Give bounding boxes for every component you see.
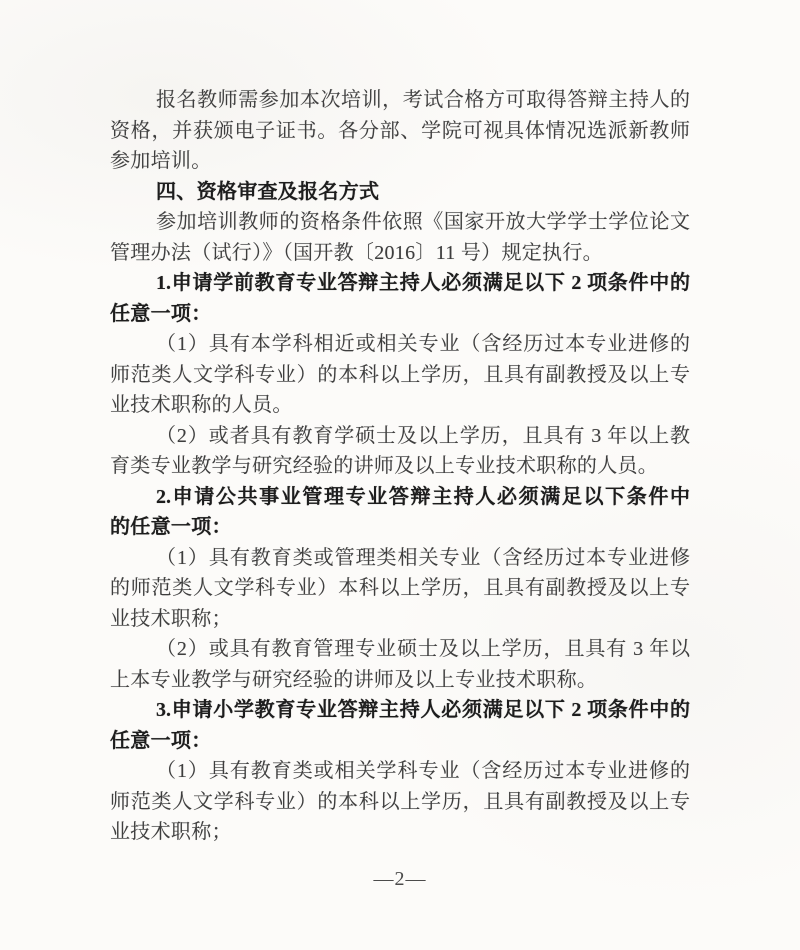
section-heading: 3.申请小学教育专业答辩主持人必须满足以下 2 项条件中的 任意一项： [110,695,690,756]
heading-line: 四、资格审查及报名方式 [110,177,690,208]
body-line: 业技术职称； [110,604,690,635]
body-line: （2）或具有教育管理专业硕士及以上学历，且具有 3 年以 [110,634,690,665]
body-line: 报名教师需参加本次培训，考试合格方可取得答辩主持人的 [110,85,690,116]
paragraph: （2）或具有教育管理专业硕士及以上学历，且具有 3 年以 上本专业教学与研究经验… [110,634,690,695]
paragraph: （1）具有本学科相近或相关专业（含经历过本专业进修的 师范类人文学科专业）的本科… [110,329,690,421]
paragraph: （1）具有教育类或相关学科专业（含经历过本专业进修的 师范类人文学科专业）的本科… [110,756,690,848]
body-line: 管理办法（试行）》（国开教〔2016〕11 号）规定执行。 [110,238,690,269]
body-line: 资格，并获颁电子证书。各分部、学院可视具体情况选派新教师 [110,116,690,147]
section-heading: 2.申请公共事业管理专业答辩主持人必须满足以下条件中 的任意一项： [110,482,690,543]
paragraph: 报名教师需参加本次培训，考试合格方可取得答辩主持人的 资格，并获颁电子证书。各分… [110,85,690,177]
document-page: 报名教师需参加本次培训，考试合格方可取得答辩主持人的 资格，并获颁电子证书。各分… [0,0,800,950]
paragraph: （2）或者具有教育学硕士及以上学历，且具有 3 年以上教 育类专业教学与研究经验… [110,421,690,482]
section-heading: 1.申请学前教育专业答辩主持人必须满足以下 2 项条件中的 任意一项： [110,268,690,329]
section-heading: 四、资格审查及报名方式 [110,177,690,208]
body-line: 业技术职称的人员。 [110,390,690,421]
body-line: （1）具有教育类或管理类相关专业（含经历过本专业进修 [110,543,690,574]
document-text-block: 报名教师需参加本次培训，考试合格方可取得答辩主持人的 资格，并获颁电子证书。各分… [110,85,690,848]
body-line: 师范类人文学科专业）的本科以上学历，且具有副教授及以上专 [110,787,690,818]
page-number: —2— [0,868,800,891]
heading-line: 的任意一项： [110,512,690,543]
body-line: （2）或者具有教育学硕士及以上学历，且具有 3 年以上教 [110,421,690,452]
body-line: 育类专业教学与研究经验的讲师及以上专业技术职称的人员。 [110,451,690,482]
heading-line: 任意一项： [110,299,690,330]
heading-line: 2.申请公共事业管理专业答辩主持人必须满足以下条件中 [110,482,690,513]
body-line: 师范类人文学科专业）的本科以上学历，且具有副教授及以上专 [110,360,690,391]
body-line: （1）具有教育类或相关学科专业（含经历过本专业进修的 [110,756,690,787]
body-line: 的师范类人文学科专业）本科以上学历，且具有副教授及以上专 [110,573,690,604]
body-line: 业技术职称； [110,817,690,848]
heading-line: 1.申请学前教育专业答辩主持人必须满足以下 2 项条件中的 [110,268,690,299]
heading-line: 任意一项： [110,726,690,757]
heading-line: 3.申请小学教育专业答辩主持人必须满足以下 2 项条件中的 [110,695,690,726]
body-line: （1）具有本学科相近或相关专业（含经历过本专业进修的 [110,329,690,360]
paragraph: 参加培训教师的资格条件依照《国家开放大学学士学位论文 管理办法（试行）》（国开教… [110,207,690,268]
body-line: 参加培训教师的资格条件依照《国家开放大学学士学位论文 [110,207,690,238]
paragraph: （1）具有教育类或管理类相关专业（含经历过本专业进修 的师范类人文学科专业）本科… [110,543,690,635]
body-line: 上本专业教学与研究经验的讲师及以上专业技术职称。 [110,665,690,696]
body-line: 参加培训。 [110,146,690,177]
